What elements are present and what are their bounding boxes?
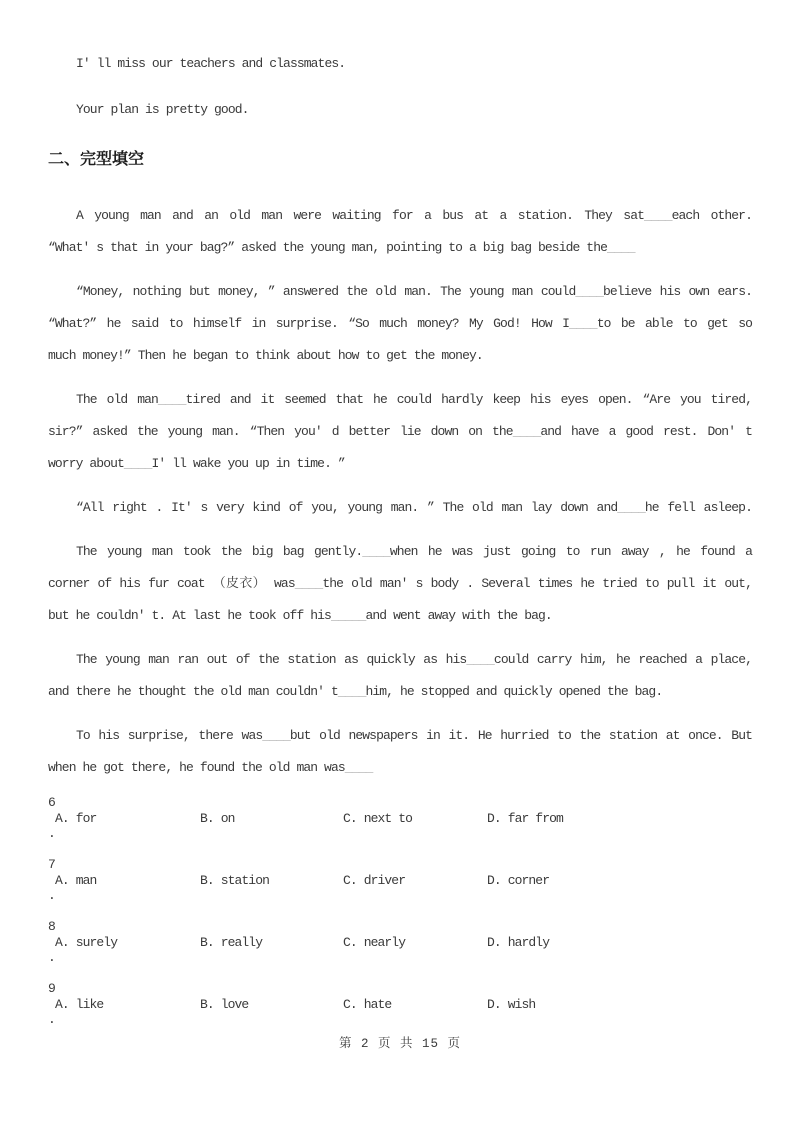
question-block: 8A. surelyB. reallyC. nearlyD. hardly. [48,920,752,965]
passage-line: To his surprise, there was____but old ne… [48,720,752,752]
question-options-row: A. forB. onC. next toD. far from [48,810,752,827]
cloze-blank: ____ [466,652,494,667]
cloze-blank: ____ [644,208,672,223]
question-options-row: A. likeB. loveC. hateD. wish [48,996,752,1013]
cloze-blank: ____ [607,240,635,255]
passage-line: “What' s that in your bag?” asked the yo… [48,232,752,264]
passage-line: The young man ran out of the station as … [48,644,752,676]
intro-line: Your plan is pretty good. [48,102,752,118]
question-option: B. on [200,810,343,827]
question-option: D. far from [487,810,752,827]
section-heading: 二、完型填空 [48,148,752,170]
question-number: 6 [48,796,752,810]
question-option: A. surely [55,934,200,951]
question-option: A. man [55,872,200,889]
question-number-dot: . [48,827,752,841]
document-page: I' ll miss our teachers and classmates. … [0,0,800,1132]
question-option: C. driver [343,872,487,889]
question-option: D. hardly [487,934,752,951]
question-option: C. next to [343,810,487,827]
cloze-blank: ____ [124,456,152,471]
question-number-dot: . [48,1013,752,1027]
question-number-dot: . [48,889,752,903]
cloze-blank: ____ [575,284,603,299]
passage-line: The old man____tired and it seemed that … [48,384,752,416]
question-option: A. for [55,810,200,827]
question-number-dot: . [48,951,752,965]
question-block: 9A. likeB. loveC. hateD. wish. [48,982,752,1027]
cloze-blank: ____ [513,424,541,439]
question-number: 7 [48,858,752,872]
question-options-row: A. surelyB. reallyC. nearlyD. hardly [48,934,752,951]
passage-line: A young man and an old man were waiting … [48,200,752,232]
question-block: 6A. forB. onC. next toD. far from. [48,796,752,841]
cloze-blank: ____ [617,500,645,515]
passage-paragraph: The old man____tired and it seemed that … [48,384,752,480]
page-indicator: 第 2 页 共 15 页 [339,1037,461,1051]
cloze-blank: ____ [345,760,373,775]
passage-paragraph: “All right . It' s very kind of you, you… [48,492,752,524]
passage-paragraph: “Money, nothing but money, ” answered th… [48,276,752,372]
question-number: 8 [48,920,752,934]
page-footer: 第 2 页 共 15 页 [0,1033,800,1051]
question-options-row: A. manB. stationC. driverD. corner [48,872,752,889]
question-option: B. station [200,872,343,889]
passage-line: and there he thought the old man couldn'… [48,676,752,708]
cloze-passage: A young man and an old man were waiting … [48,200,752,784]
passage-line: but he couldn' t. At last he took off hi… [48,600,752,632]
question-option: D. corner [487,872,752,889]
cloze-blank: _____ [331,608,366,623]
passage-paragraph: The young man took the big bag gently.__… [48,536,752,632]
intro-line: I' ll miss our teachers and classmates. [48,56,752,72]
passage-paragraph: The young man ran out of the station as … [48,644,752,708]
cloze-blank: ____ [295,576,323,591]
cloze-blank: ____ [569,316,597,331]
cloze-blank: ____ [338,684,366,699]
passage-line: much money!” Then he began to think abou… [48,340,752,372]
passage-line: The young man took the big bag gently.__… [48,536,752,568]
question-option: A. like [55,996,200,1013]
cloze-blank: ____ [262,728,290,743]
question-option: C. nearly [343,934,487,951]
passage-line: “All right . It' s very kind of you, you… [48,492,752,524]
question-option: C. hate [343,996,487,1013]
passage-line: “Money, nothing but money, ” answered th… [48,276,752,308]
passage-paragraph: A young man and an old man were waiting … [48,200,752,264]
passage-line: sir?” asked the young man. “Then you' d … [48,416,752,448]
question-number: 9 [48,982,752,996]
passage-paragraph: To his surprise, there was____but old ne… [48,720,752,784]
passage-line: “What?” he said to himself in surprise. … [48,308,752,340]
question-block: 7A. manB. stationC. driverD. corner. [48,858,752,903]
cloze-blank: ____ [362,544,390,559]
passage-line: worry about____I' ll wake you up in time… [48,448,752,480]
question-option: B. love [200,996,343,1013]
passage-line: when he got there, he found the old man … [48,752,752,784]
question-option: D. wish [487,996,752,1013]
cloze-blank: ____ [158,392,186,407]
passage-line: corner of his fur coat （皮衣） was____the o… [48,568,752,600]
question-list: 6A. forB. onC. next toD. far from.7A. ma… [48,796,752,1027]
question-option: B. really [200,934,343,951]
